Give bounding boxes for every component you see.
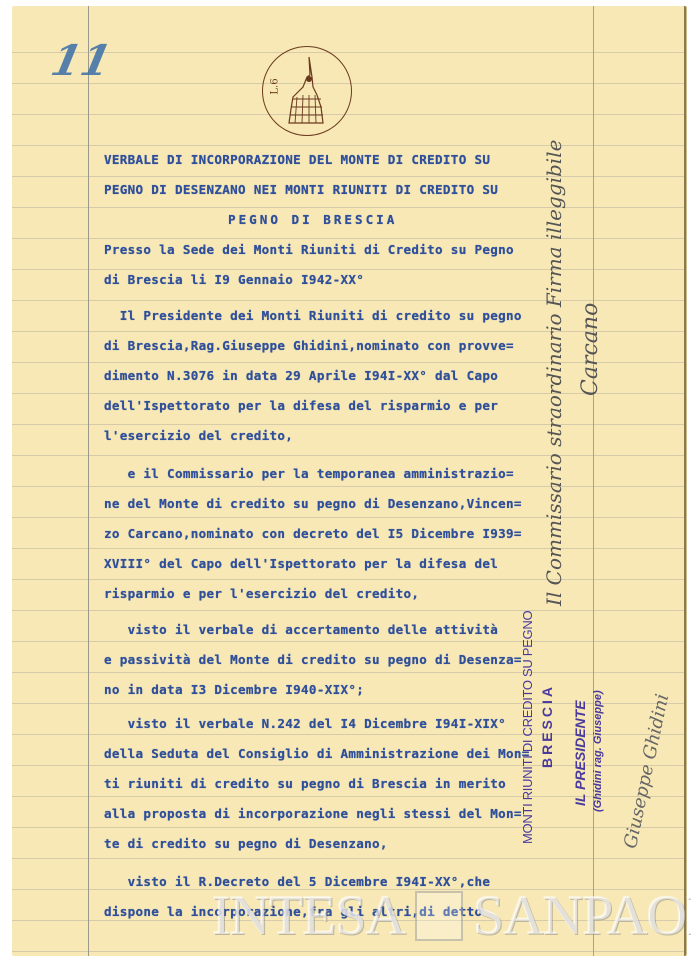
intesa-sanpaolo-watermark: INTESA SANPAOLO	[212, 884, 691, 948]
body-line: della Seduta del Consiglio di Amministra…	[104, 746, 530, 761]
stamp-name: (Ghidini rag. Giuseppe)	[592, 690, 604, 812]
watermark-logo-icon	[415, 891, 463, 941]
body-line: visto il verbale di accertamento delle a…	[104, 622, 498, 637]
body-line: dimento N.3076 in data 29 Aprile I94I-XX…	[104, 368, 498, 383]
stamp-city: BRESCIA	[539, 684, 555, 768]
handwritten-signature-carcano: Carcano	[578, 303, 603, 396]
body-line: zo Carcano,nominato con decreto del I5 D…	[104, 526, 522, 541]
body-line: dell'Ispettorato per la difesa del rispa…	[104, 398, 498, 413]
seal-figure-icon	[263, 47, 351, 135]
watermark-right-text: SANPAOLO	[473, 884, 691, 948]
document-page: 11 L.6 VERBALE DI INCORPORAZIONE DEL MON…	[12, 6, 686, 956]
body-line: risparmio e per l'esercizio del credito,	[104, 586, 419, 601]
stamp-title: IL PRESIDENTE	[572, 700, 588, 806]
body-line: l'esercizio del credito,	[104, 428, 293, 443]
handwritten-annotation-commissario: Il Commissario straordinario Firma illeg…	[542, 140, 566, 606]
body-line: ti riuniti di credito su pegno di Bresci…	[104, 776, 506, 791]
title-line-1: VERBALE DI INCORPORAZIONE DEL MONTE DI C…	[104, 152, 490, 167]
body-line: alla proposta di incorporazione negli st…	[104, 806, 522, 821]
title-line-3: PEGNO DI BRESCIA	[228, 212, 397, 227]
president-signature: Giuseppe Ghidini	[620, 692, 673, 850]
body-line: di Brescia,Rag.Giuseppe Ghidini,nominato…	[104, 338, 514, 353]
title-line-2: PEGNO DI DESENZANO NEI MONTI RIUNITI DI …	[104, 182, 498, 197]
body-line: e passività del Monte di credito su pegn…	[104, 652, 522, 667]
revenue-seal-icon: L.6	[262, 46, 352, 136]
body-line: Presso la Sede dei Monti Riuniti di Cred…	[104, 242, 514, 257]
body-line: e il Commissario per la temporanea ammin…	[104, 466, 514, 481]
body-line: di Brescia li I9 Gennaio I942-XX°	[104, 272, 364, 287]
body-line: no in data I3 Dicembre I940-XIX°;	[104, 682, 364, 697]
left-margin-rule	[88, 6, 89, 956]
body-line: visto il verbale N.242 del I4 Dicembre I…	[104, 716, 506, 731]
body-line: te di credito su pegno di Desenzano,	[104, 836, 388, 851]
folio-number: 11	[47, 36, 116, 85]
watermark-left-text: INTESA	[212, 884, 405, 948]
body-line: XVIII° del Capo dell'Ispettorato per la …	[104, 556, 498, 571]
stamp-institution-name: MONTI RIUNITI DI CREDITO SU PEGNO	[520, 611, 535, 844]
right-margin-rule	[593, 6, 594, 956]
body-line: ne del Monte di credito su pegno di Dese…	[104, 496, 522, 511]
body-line: Il Presidente dei Monti Riuniti di credi…	[104, 308, 522, 323]
